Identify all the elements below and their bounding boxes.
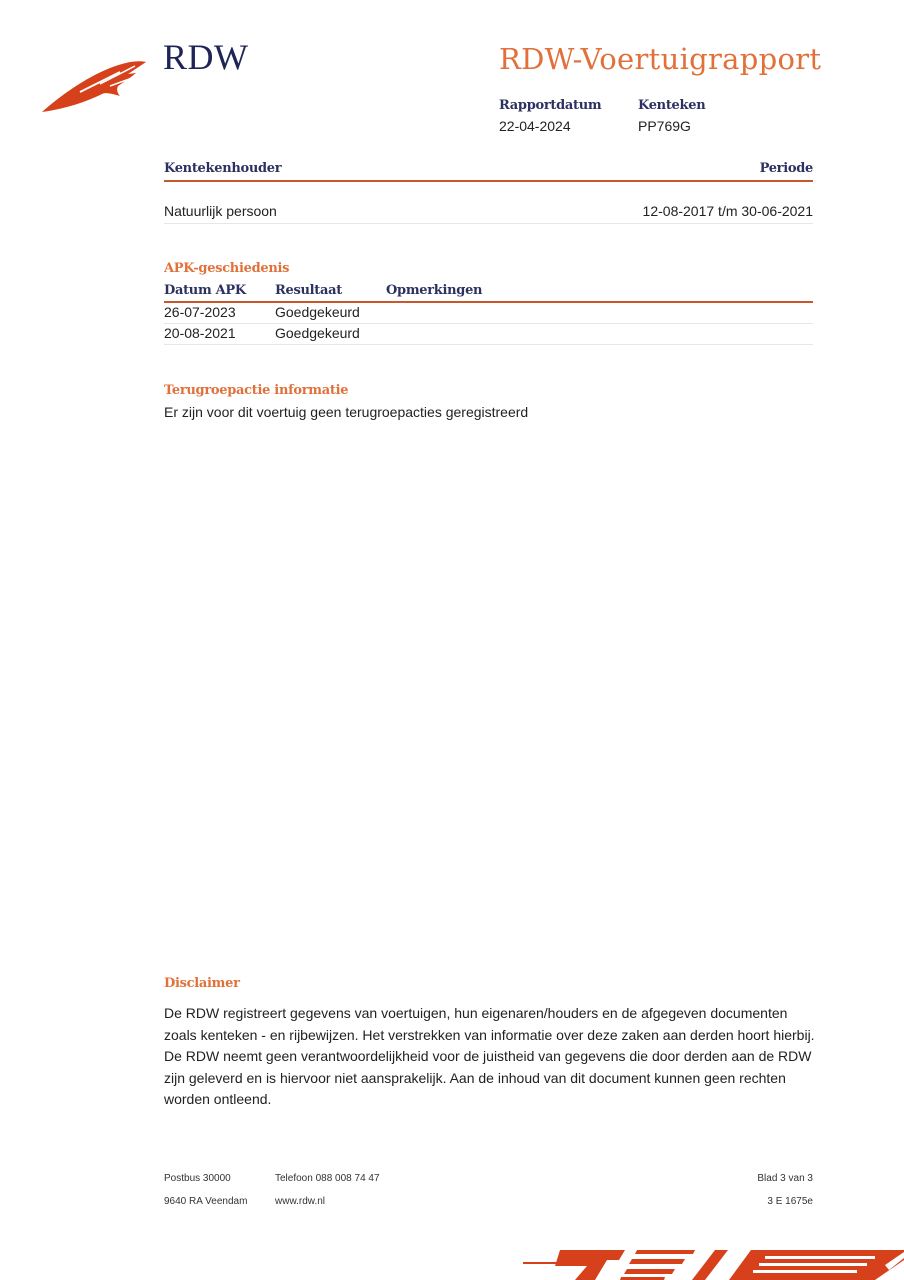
period-value: 12-08-2017 t/m 30-06-2021 bbox=[643, 203, 813, 219]
rapportdatum-value: 22-04-2024 bbox=[499, 118, 571, 134]
footer-document-code: 3 E 1675e bbox=[767, 1196, 813, 1207]
apk-row-date: 26-07-2023 bbox=[164, 304, 236, 320]
report-title: RDW-Voertuigrapport bbox=[499, 42, 821, 76]
footer-page-number: Blad 3 van 3 bbox=[757, 1173, 813, 1184]
footer-phone: Telefoon 088 008 74 47 bbox=[275, 1173, 380, 1184]
recall-text: Er zijn voor dit voertuig geen terugroep… bbox=[164, 404, 528, 420]
brand-name: RDW bbox=[163, 36, 249, 78]
footer-address-line1: Postbus 30000 bbox=[164, 1173, 231, 1184]
footer-website[interactable]: www.rdw.nl bbox=[275, 1196, 325, 1207]
rdw-feather-icon bbox=[40, 56, 150, 116]
period-column-header: Periode bbox=[760, 161, 813, 176]
apk-col-remarks: Opmerkingen bbox=[386, 283, 482, 298]
holder-row-divider bbox=[164, 223, 813, 224]
holder-value: Natuurlijk persoon bbox=[164, 203, 277, 219]
holder-column-header: Kentekenhouder bbox=[164, 161, 281, 176]
kenteken-value: PP769G bbox=[638, 118, 691, 134]
apk-col-result: Resultaat bbox=[275, 283, 342, 298]
rdw-stripes-icon bbox=[515, 1240, 904, 1280]
apk-row-result: Goedgekeurd bbox=[275, 304, 360, 320]
rapportdatum-label: Rapportdatum bbox=[499, 98, 601, 113]
apk-header-rule bbox=[164, 301, 813, 303]
apk-row-divider bbox=[164, 344, 813, 345]
apk-section-title: APK-geschiedenis bbox=[164, 261, 289, 276]
apk-row-date: 20-08-2021 bbox=[164, 325, 236, 341]
apk-row-result: Goedgekeurd bbox=[275, 325, 360, 341]
footer-address-line2: 9640 RA Veendam bbox=[164, 1196, 247, 1207]
recall-section-title: Terugroepactie informatie bbox=[164, 383, 348, 398]
apk-col-date: Datum APK bbox=[164, 283, 246, 298]
kenteken-label: Kenteken bbox=[638, 98, 705, 113]
apk-row-divider bbox=[164, 323, 813, 324]
holder-header-rule bbox=[164, 180, 813, 182]
disclaimer-title: Disclaimer bbox=[164, 976, 240, 991]
disclaimer-text: De RDW registreert gegevens van voertuig… bbox=[164, 1003, 816, 1111]
